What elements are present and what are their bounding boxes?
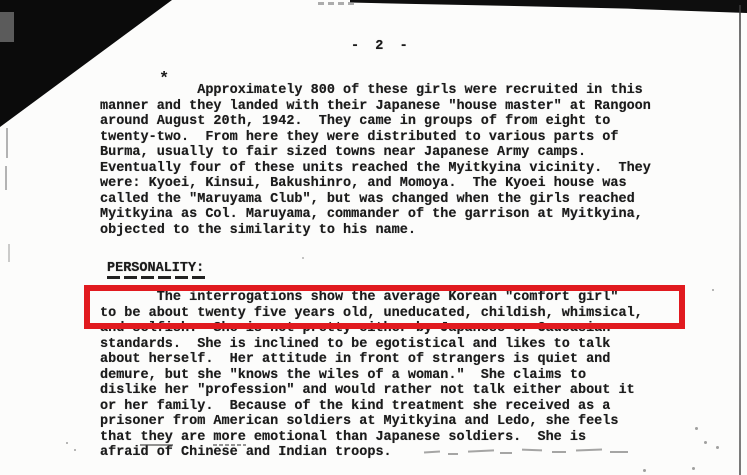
text-line: called the "Maruyama Club", but was chan… xyxy=(100,192,651,208)
scan-edge-mark xyxy=(5,166,7,190)
ink-speck xyxy=(692,467,695,470)
pencil-underline-more xyxy=(213,444,246,446)
paragraph-recruitment: Approximately 800 of these girls were re… xyxy=(100,83,651,238)
ink-speck xyxy=(716,446,719,449)
pencil-scribble xyxy=(448,453,458,455)
page-number: - 2 - xyxy=(351,39,408,54)
scan-shadow-top-band xyxy=(350,0,747,14)
ink-speck xyxy=(66,442,68,444)
ink-speck xyxy=(695,427,698,430)
text-line: were: Kyoei, Kinsui, Bakushinro, and Mom… xyxy=(100,176,651,192)
text-line: Approximately 800 of these girls were re… xyxy=(100,83,651,99)
text-line: Eventually four of these units reached t… xyxy=(100,161,651,177)
scanned-document-page: - 2 - * Approximately 800 of these girls… xyxy=(0,0,747,475)
text-line: twenty-two. From here they were distribu… xyxy=(100,130,651,146)
pencil-scribble xyxy=(552,451,566,453)
pencil-underline-they xyxy=(140,444,173,446)
scan-edge-mark xyxy=(6,128,8,158)
text-line: about herself. Her attitude in front of … xyxy=(100,352,643,368)
ink-speck xyxy=(704,441,707,444)
scan-smudge xyxy=(0,12,14,42)
scan-page-edge-line xyxy=(739,5,741,475)
ink-speck xyxy=(302,257,304,259)
text-line: around August 20th, 1942. They came in g… xyxy=(100,114,651,130)
text-line: demure, but she "knows the wiles of a wo… xyxy=(100,368,643,384)
ink-speck xyxy=(74,449,76,451)
text-line: Burma, usually to fair sized towns near … xyxy=(100,145,651,161)
ink-speck xyxy=(643,469,646,472)
text-line: dislike her "profession" and would rathe… xyxy=(100,383,643,399)
section-heading-label: PERSONALITY: xyxy=(107,261,204,276)
red-highlight-annotation xyxy=(84,285,685,329)
heading-underline xyxy=(107,276,205,279)
section-heading-personality: PERSONALITY: xyxy=(107,261,204,276)
text-line: that they are more emotional than Japane… xyxy=(100,430,643,446)
text-line: prisoner from American soldiers at Myitk… xyxy=(100,414,643,430)
text-line: manner and they landed with their Japane… xyxy=(100,99,651,115)
text-line: Myitkyina as Col. Maruyama, commander of… xyxy=(100,207,651,223)
scan-edge-mark xyxy=(8,244,10,262)
pencil-scribble xyxy=(610,451,628,453)
text-line: standards. She is inclined to be egotist… xyxy=(100,337,643,353)
text-line: objected to the similarity to his name. xyxy=(100,223,651,239)
scan-shadow-band-dashes xyxy=(318,2,354,5)
text-line: or her family. Because of the kind treat… xyxy=(100,399,643,415)
ink-speck xyxy=(712,289,714,291)
pencil-scribble xyxy=(500,452,512,454)
